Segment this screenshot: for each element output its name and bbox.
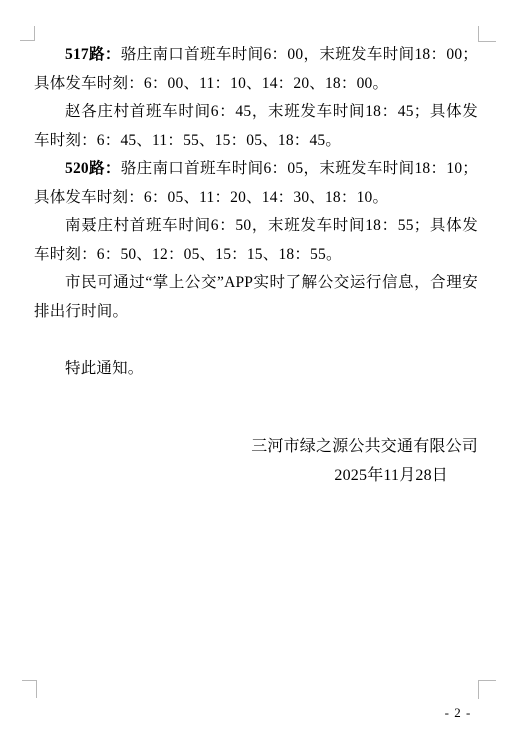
paragraph-route-517-zhaogezhuang: 赵各庄村首班车时间6：45，末班发车时间18：45；具体发车时刻：6：45、11… [34,98,478,155]
closing-notice-text: 特此通知。 [65,360,144,377]
document-body: 517路：骆庄南口首班车时间6：00，末班发车时间18：00；具体发车时刻：6：… [34,41,478,490]
paragraph-app-info: 市民可通过“掌上公交”APP实时了解公交运行信息，合理安排出行时间。 [34,269,478,326]
route-520-nanniezhuang-text: 南聂庄村首班车时间6：50，末班发车时间18：55；具体发车时刻：6：50、12… [34,217,478,263]
paragraph-route-517: 517路：骆庄南口首班车时间6：00，末班发车时间18：00；具体发车时刻：6：… [34,41,478,98]
document-page: 517路：骆庄南口首班车时间6：00，末班发车时间18：00；具体发车时刻：6：… [0,0,516,754]
text-boundary-mark-bottom-right [478,680,496,699]
paragraph-route-520-nanniezhuang: 南聂庄村首班车时间6：50，末班发车时间18：55；具体发车时刻：6：50、12… [34,212,478,269]
app-info-text: 市民可通过“掌上公交”APP实时了解公交运行信息，合理安排出行时间。 [34,274,478,320]
paragraph-closing-notice: 特此通知。 [34,355,478,384]
route-520-label: 520路： [65,160,121,177]
signature-date: 2025年11月28日 [34,462,478,491]
route-517-label: 517路： [65,46,121,63]
text-boundary-mark-bottom-left [22,680,37,698]
route-517-zhaogezhuang-text: 赵各庄村首班车时间6：45，末班发车时间18：45；具体发车时刻：6：45、11… [34,103,478,149]
text-boundary-mark-top-right [478,26,496,42]
page-number: - 2 - [434,704,482,722]
signature-company: 三河市绿之源公共交通有限公司 [34,433,478,462]
text-boundary-mark-top-left [20,26,35,41]
paragraph-route-520: 520路：骆庄南口首班车时间6：05，末班发车时间18：10；具体发车时刻：6：… [34,155,478,212]
